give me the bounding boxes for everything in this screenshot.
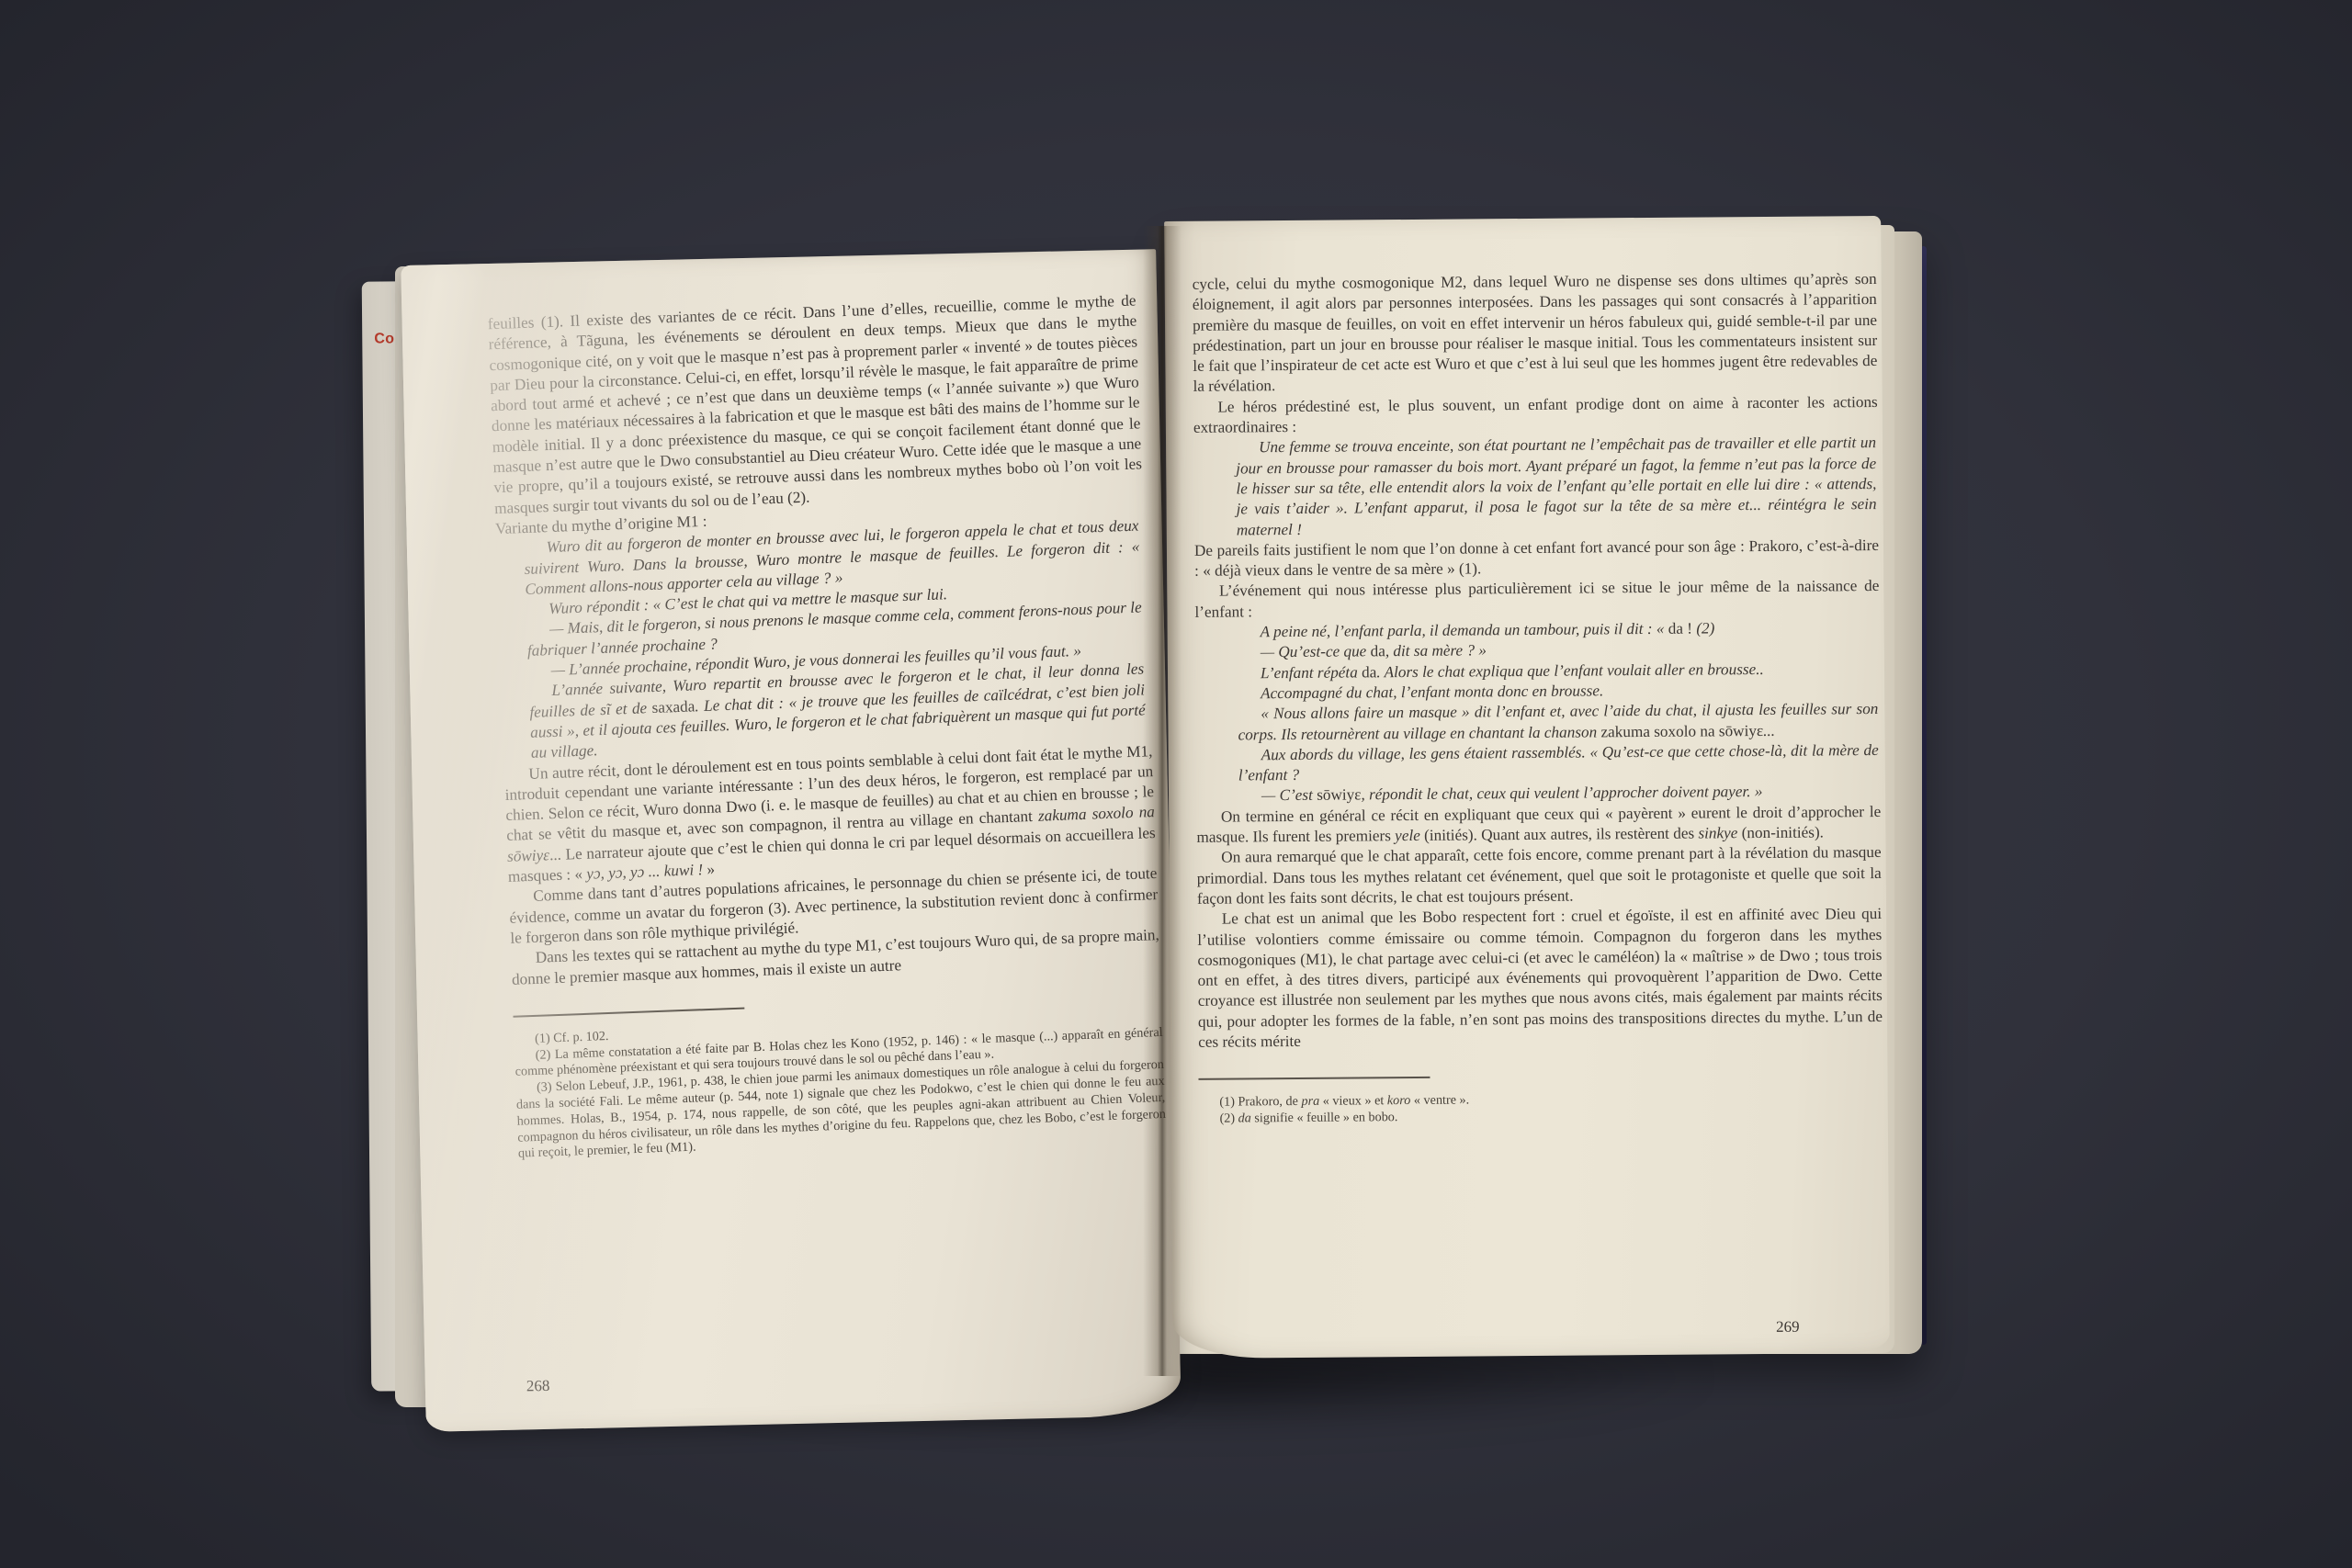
text-run: « vieux » et: [1319, 1093, 1387, 1109]
paragraph: Le héros prédestiné est, le plus souvent…: [1193, 392, 1878, 438]
text-run: Une femme se trouva enceinte, son état p…: [1236, 434, 1876, 538]
text-run: sinkye: [1698, 824, 1737, 841]
text-run: L’enfant répéta: [1261, 663, 1362, 682]
text-run: — C’est: [1261, 786, 1317, 804]
left-page: feuilles (1). Il existe des variantes de…: [401, 249, 1182, 1432]
text-run: On aura remarqué que le chat apparaît, c…: [1197, 843, 1882, 907]
text-run: sōwiyɛ: [1317, 786, 1361, 804]
text-run: da: [1238, 1111, 1251, 1125]
text-run: da: [1370, 643, 1385, 660]
text-run: « ventre ».: [1410, 1093, 1469, 1109]
page-number-left: 268: [526, 1376, 550, 1397]
text-run: « Nous allons faire un masque » dit l’en…: [1238, 700, 1878, 743]
right-page: cycle, celui du mythe cosmogonique M2, d…: [1164, 216, 1890, 1359]
text-run: da !: [1668, 620, 1692, 637]
text-run: (2): [1692, 619, 1714, 637]
text-run: Accompagné du chat, l’enfant monta donc …: [1261, 682, 1603, 702]
text-run: (non-initiés).: [1737, 823, 1824, 841]
text-run: cycle, celui du mythe cosmogonique M2, d…: [1193, 270, 1878, 395]
text-run: koro: [1387, 1093, 1411, 1108]
left-page-footnotes: (1) Cf. p. 102.(2) La même constatation …: [514, 1009, 1167, 1163]
text-run: Le chat est un animal que les Bobo respe…: [1197, 905, 1883, 1051]
text-run: »: [703, 861, 716, 878]
quote-paragraph: « Nous allons faire un masque » dit l’en…: [1238, 699, 1878, 745]
paragraph: Un autre récit, dont le déroulement est …: [503, 741, 1156, 888]
text-run: zakuma soxolo na sōwiyɛ: [1600, 722, 1763, 740]
text-run: A peine né, l’enfant parla, il demanda u…: [1261, 620, 1668, 640]
text-run: Le héros prédestiné est, le plus souvent…: [1193, 393, 1878, 436]
text-run: (2): [1219, 1111, 1238, 1126]
left-page-text: feuilles (1). Il existe des variantes de…: [487, 290, 1166, 1162]
footnote-rule: [513, 1007, 744, 1017]
right-page-footnotes: (1) Prakoro, de pra « vieux » et koro « …: [1199, 1089, 1883, 1127]
text-run: saxada: [651, 697, 695, 716]
text-run: L’événement qui nous intéresse plus part…: [1194, 577, 1879, 620]
text-run: Aux abords du village, les gens étaient …: [1238, 741, 1879, 784]
paragraph: On termine en général ce récit en expliq…: [1196, 802, 1881, 848]
paragraph: On aura remarqué que le chat apparaît, c…: [1197, 842, 1883, 909]
text-run: , répondit le chat, ceux qui veulent l’a…: [1361, 783, 1762, 803]
text-run: , dit sa mère ? »: [1385, 642, 1487, 660]
text-run: (1) Cf. p. 102.: [535, 1029, 609, 1046]
paragraph: cycle, celui du mythe cosmogonique M2, d…: [1193, 269, 1878, 398]
footnote-rule: [1198, 1077, 1430, 1080]
text-run: feuilles (1). Il existe des variantes de…: [488, 291, 1143, 516]
paragraph: Le chat est un animal que les Bobo respe…: [1197, 904, 1883, 1053]
text-run: yele: [1395, 827, 1420, 844]
paragraph: De pareils faits justifient le nom que l…: [1194, 536, 1879, 581]
page-number-right: 269: [1776, 1317, 1800, 1337]
text-run: da: [1362, 663, 1376, 681]
text-run: yɔ, yɔ, yɔ ... kuwi !: [586, 861, 704, 883]
quote-paragraph: Une femme se trouva enceinte, son état p…: [1236, 433, 1877, 540]
quote-paragraph: Aux abords du village, les gens étaient …: [1238, 740, 1879, 786]
text-run: . Alors le chat expliqua que l’enfant vo…: [1376, 660, 1764, 681]
text-run: (initiés). Quant aux autres, ils restère…: [1420, 825, 1699, 844]
paragraph: L’événement qui nous intéresse plus part…: [1194, 576, 1879, 622]
right-page-text: cycle, celui du mythe cosmogonique M2, d…: [1193, 269, 1883, 1128]
text-run: pra: [1301, 1094, 1319, 1109]
paragraph: feuilles (1). Il existe des variantes de…: [487, 290, 1143, 519]
text-run: (1) Prakoro, de: [1219, 1094, 1301, 1110]
text-run: signifie « feuille » en bobo.: [1251, 1110, 1398, 1125]
text-run: — Qu’est-ce que: [1261, 643, 1371, 661]
text-run: ...: [1763, 721, 1775, 739]
photo-background: Couverture feuilles (1). Il existe des v…: [0, 0, 2352, 1568]
text-run: De pareils faits justifient le nom que l…: [1194, 536, 1879, 580]
